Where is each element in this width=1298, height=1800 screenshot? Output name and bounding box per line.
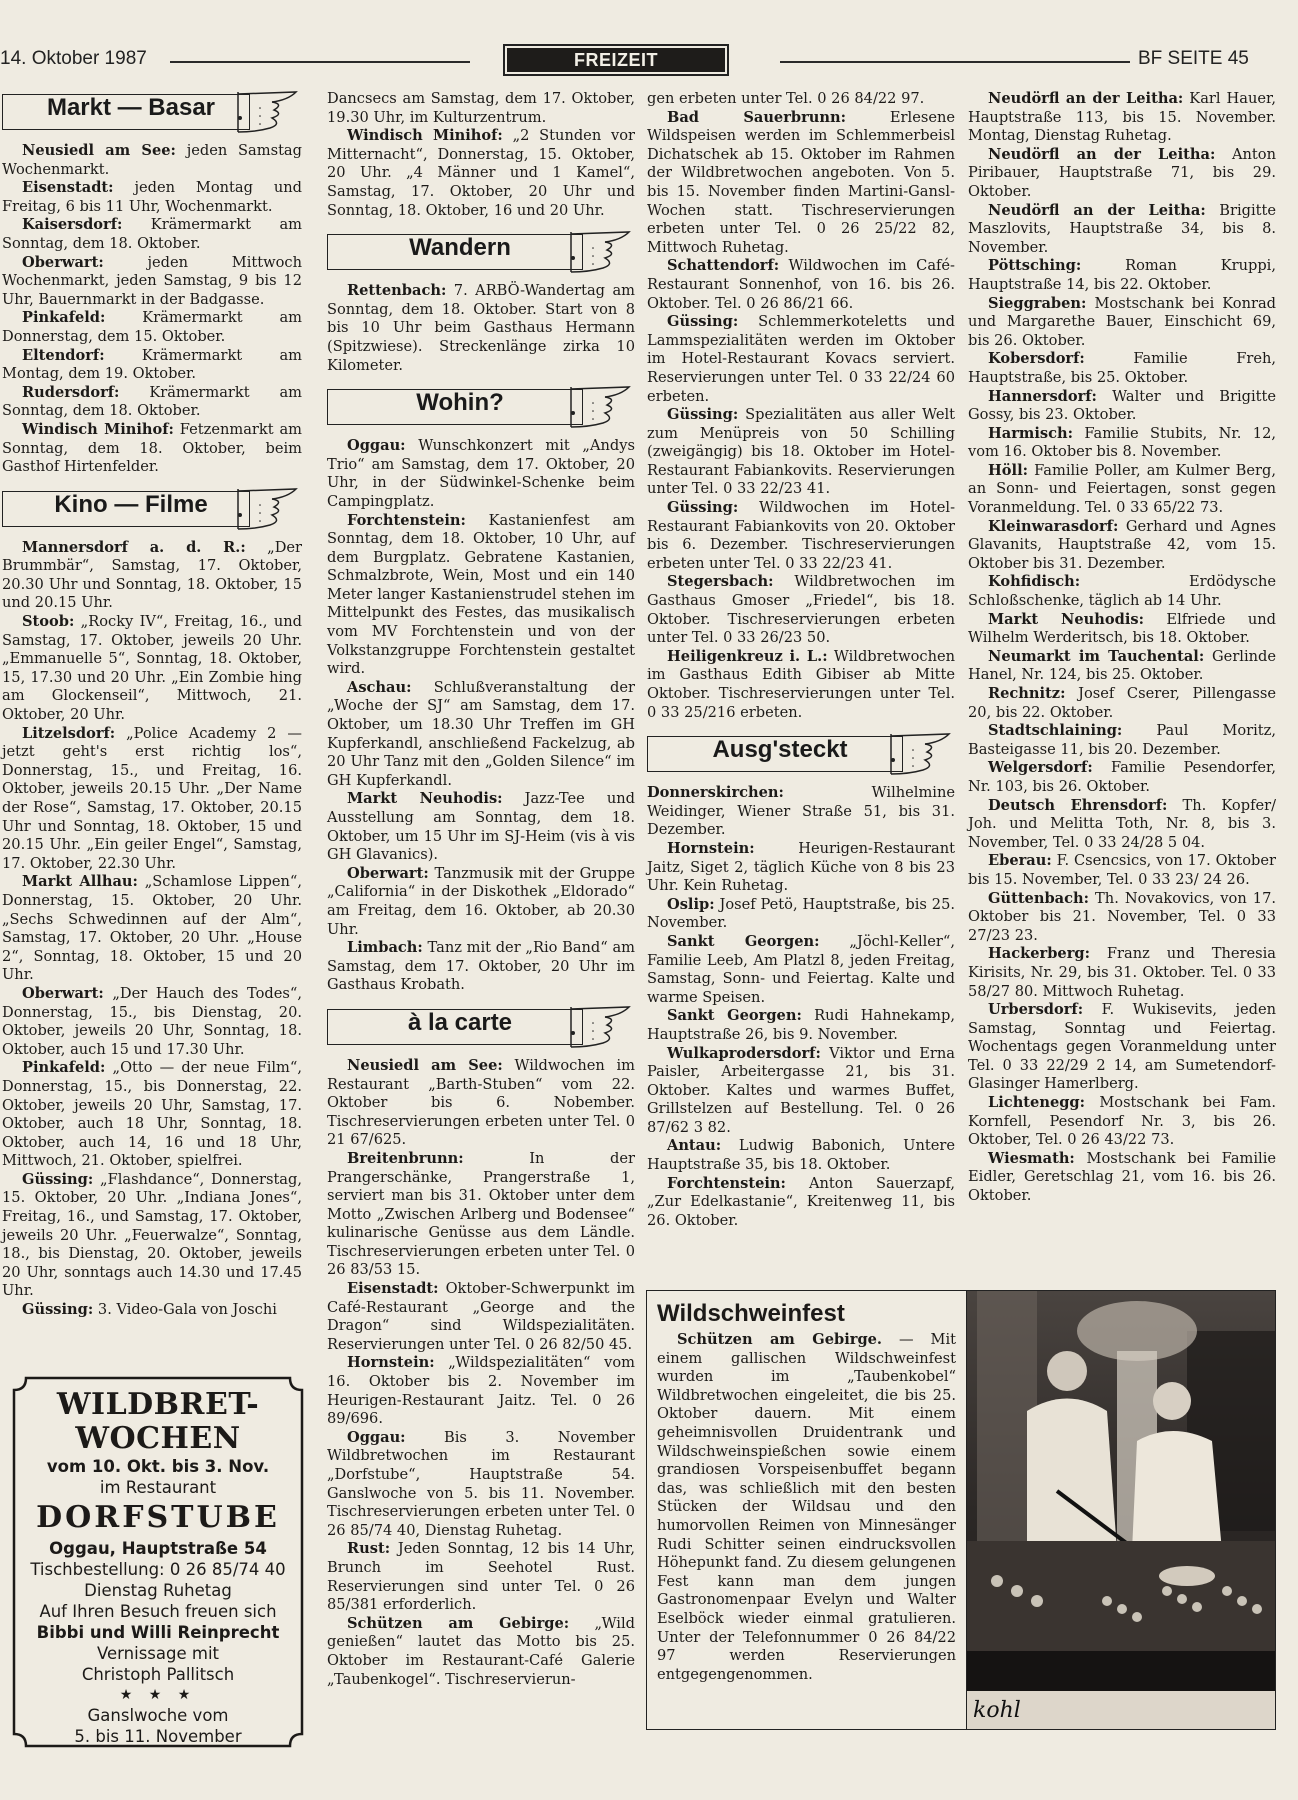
ad-hosts: Bibbi und Willi Reinprecht xyxy=(12,1622,304,1643)
list-item: Schattendorf: Wildwochen im Café-Restaur… xyxy=(647,257,955,313)
list-item: Stadtschlaining: Paul Moritz, Basteigass… xyxy=(968,722,1276,759)
list-item: Windisch Minihof: Fetzenmarkt am Sonntag… xyxy=(2,421,302,477)
list-item: Oberwart: jeden Mittwoch Wochenmarkt, je… xyxy=(2,254,302,310)
list-item: Antau: Ludwig Babonich, Untere Hauptstra… xyxy=(647,1137,955,1174)
section-title: Wohin? xyxy=(333,387,587,419)
list-item: Rust: Jeden Sonntag, 12 bis 14 Uhr, Brun… xyxy=(327,1540,635,1614)
list-item: Stegersbach: Wildbretwochen im Gasthaus … xyxy=(647,573,955,647)
list-item: Markt Neuhodis: Jazz-Tee und Ausstellung… xyxy=(327,790,635,864)
column-2: Dancsecs am Samstag, dem 17. Oktober, 19… xyxy=(327,90,635,1689)
list-item: Windisch Minihof: „2 Stunden vor Mittern… xyxy=(327,127,635,220)
list-item: Stoob: „Rocky IV“, Freitag, 16., und Sam… xyxy=(2,613,302,725)
list-item: Güssing: Schlemmerkoteletts und Lammspez… xyxy=(647,313,955,406)
pointing-hand-icon xyxy=(569,385,635,429)
list-item: Breitenbrunn: In der Prangerschänke, Pra… xyxy=(327,1150,635,1280)
list-item: Litzelsdorf: „Police Academy 2 — jetzt g… xyxy=(2,725,302,874)
section-label-text: FREIZEIT xyxy=(507,48,725,72)
section-heading-kino-filme: Kino — Filme xyxy=(2,487,302,531)
list-item: Güttenbach: Th. Novakovics, von 17. Okto… xyxy=(968,890,1276,946)
list-item: Neudörfl an der Leitha: Anton Piribauer,… xyxy=(968,146,1276,202)
ad-headline: WOCHEN xyxy=(12,1422,304,1456)
list-item: Kohfidisch: Erdödysche Schloßschenke, tä… xyxy=(968,573,1276,610)
markt-basar-list: Neusiedl am See: jeden Samstag Wochenmar… xyxy=(2,142,302,477)
rule-divider xyxy=(780,61,1130,63)
ad-text: Vernissage mit xyxy=(12,1643,304,1664)
section-title: Wandern xyxy=(333,232,587,264)
list-item: Schützen am Gebirge: „Wild genießen“ lau… xyxy=(327,1615,635,1689)
list-item: Forchtenstein: Anton Sauerzapf, „Zur Ede… xyxy=(647,1175,955,1231)
star-divider-icon: ★ ★ ★ xyxy=(12,1685,304,1705)
advertisement-dorfstube: WILDBRET- WOCHEN vom 10. Okt. bis 3. Nov… xyxy=(12,1376,304,1748)
section-heading-a-la-carte: à la carte xyxy=(327,1005,635,1049)
page-number: BF SEITE 45 xyxy=(1138,48,1249,70)
list-item: Hannersdorf: Walter und Brigitte Gossy, … xyxy=(968,388,1276,425)
list-item: Kleinwarasdorf: Gerhard und Agnes Glavan… xyxy=(968,518,1276,574)
list-item: Neudörfl an der Leitha: Karl Hauer, Haup… xyxy=(968,90,1276,146)
list-item: Sankt Georgen: Rudi Hahnekamp, Hauptstra… xyxy=(647,1007,955,1044)
list-item: Sankt Georgen: „Jöchl-Keller“, Familie L… xyxy=(647,933,955,1007)
ad-text: Auf Ihren Besuch freuen sich xyxy=(12,1601,304,1622)
ad-text: 5. bis 11. November xyxy=(12,1726,304,1747)
list-item: Markt Neuhodis: Elfriede und Wilhelm Wer… xyxy=(968,611,1276,648)
section-heading-markt-basar: Markt — Basar xyxy=(2,90,302,134)
section-heading-ausgsteckt: Ausg'steckt xyxy=(647,732,955,776)
list-item: Rechnitz: Josef Cserer, Pillengasse 20, … xyxy=(968,685,1276,722)
list-item: Hackerberg: Franz und Theresia Kirisits,… xyxy=(968,945,1276,1001)
list-item: Oberwart: „Der Hauch des Todes“, Donners… xyxy=(2,985,302,1059)
pointing-hand-icon xyxy=(889,732,955,776)
list-item: Kobersdorf: Familie Freh, Hauptstraße, b… xyxy=(968,350,1276,387)
section-heading-wandern: Wandern xyxy=(327,230,635,274)
list-item: Eisenstadt: Oktober-Schwerpunkt im Café-… xyxy=(327,1280,635,1354)
list-item: Pinkafeld: Krämermarkt am Donnerstag, de… xyxy=(2,309,302,346)
list-item: Güssing: Wildwochen im Hotel-Restaurant … xyxy=(647,499,955,573)
list-item: Oggau: Bis 3. November Wildbretwochen im… xyxy=(327,1429,635,1541)
article-body: Schützen am Gebirge. — Mit einem gallisc… xyxy=(657,1331,956,1684)
kino-filme-list: Mannersdorf a. d. R.: „Der Brummbär“, Sa… xyxy=(2,539,302,1320)
list-item: Bad Sauerbrunn: Erlesene Wildspeisen wer… xyxy=(647,109,955,258)
list-item-continuation: gen erbeten unter Tel. 0 26 84/22 97. xyxy=(647,90,955,109)
article-lead: Schützen am Gebirge. xyxy=(677,1331,882,1348)
feature-article-wildschweinfest: Wildschweinfest Schützen am Gebirge. — M… xyxy=(646,1290,966,1730)
section-title: Markt — Basar xyxy=(8,92,254,124)
issue-date: 14. Oktober 1987 xyxy=(0,48,147,70)
list-item: Güssing: Spezialitäten aus aller Welt zu… xyxy=(647,406,955,499)
list-item: Oslip: Josef Petö, Hauptstraße, bis 25. … xyxy=(647,896,955,933)
list-item: Markt Allhau: „Schamlose Lippen“, Donner… xyxy=(2,873,302,985)
list-item: Heiligenkreuz i. L.: Wildbretwochen im G… xyxy=(647,648,955,722)
ad-text: im Restaurant xyxy=(12,1477,304,1498)
pointing-hand-icon xyxy=(236,90,302,134)
ad-headline: WILDBRET- xyxy=(12,1388,304,1422)
list-item: Aschau: Schlußveranstaltung der „Woche d… xyxy=(327,679,635,791)
list-item: Donnerskirchen: Wilhelmine Weidinger, Wi… xyxy=(647,784,955,840)
list-item-continuation: Dancsecs am Samstag, dem 17. Oktober, 19… xyxy=(327,90,635,127)
article-headline: Wildschweinfest xyxy=(657,1299,956,1329)
column-3: gen erbeten unter Tel. 0 26 84/22 97. Ba… xyxy=(647,90,955,1230)
ad-phone: Tischbestellung: 0 26 85/74 40 xyxy=(12,1559,304,1580)
ad-address: Oggau, Hauptstraße 54 xyxy=(12,1538,304,1559)
list-item: Rettenbach: 7. ARBÖ-Wandertag am Sonntag… xyxy=(327,282,635,375)
list-item: Höll: Familie Poller, am Kulmer Berg, an… xyxy=(968,462,1276,518)
list-item: Harmisch: Familie Stubits, Nr. 12, vom 1… xyxy=(968,425,1276,462)
list-item: Lichtenegg: Mostschank bei Fam. Kornfell… xyxy=(968,1094,1276,1150)
list-item: Güssing: 3. Video-Gala von Joschi xyxy=(2,1301,302,1320)
list-item: Güssing: „Flashdance“, Donnerstag, 15. O… xyxy=(2,1171,302,1301)
ad-dates: vom 10. Okt. bis 3. Nov. xyxy=(12,1456,304,1477)
ad-closed-day: Dienstag Ruhetag xyxy=(12,1580,304,1601)
section-title: Kino — Filme xyxy=(8,489,254,521)
list-item: Pöttsching: Roman Kruppi, Hauptstraße 14… xyxy=(968,257,1276,294)
pointing-hand-icon xyxy=(236,487,302,531)
masthead: 14. Oktober 1987 FREIZEIT BF SEITE 45 xyxy=(0,44,1298,76)
list-item: Kaisersdorf: Krämermarkt am Sonntag, dem… xyxy=(2,216,302,253)
list-item: Hornstein: Heurigen-Restaurant Jaitz, Si… xyxy=(647,840,955,896)
list-item: Neusiedl am See: Wildwochen im Restauran… xyxy=(327,1057,635,1150)
list-item: Forchtenstein: Kastanienfest am Sonntag,… xyxy=(327,512,635,679)
photo-chefs-buffet-icon xyxy=(967,1291,1276,1730)
ad-restaurant-name: DORFSTUBE xyxy=(12,1498,304,1538)
section-title: à la carte xyxy=(333,1007,587,1039)
list-item: Eltendorf: Krämermarkt am Montag, dem 19… xyxy=(2,347,302,384)
list-item: Mannersdorf a. d. R.: „Der Brummbär“, Sa… xyxy=(2,539,302,613)
article-photo: kohl xyxy=(966,1290,1276,1730)
rule-divider xyxy=(170,61,470,63)
list-item: Neudörfl an der Leitha: Brigitte Maszlov… xyxy=(968,202,1276,258)
list-item: Wulkaprodersdorf: Viktor und Erna Paisle… xyxy=(647,1045,955,1138)
list-item: Oggau: Wunschkonzert mit „Andys Trio“ am… xyxy=(327,437,635,511)
section-title: Ausg'steckt xyxy=(653,734,907,766)
list-item: Deutsch Ehrensdorf: Th. Kopfer/ Joh. und… xyxy=(968,797,1276,853)
pointing-hand-icon xyxy=(569,1005,635,1049)
list-item: Neusiedl am See: jeden Samstag Wochenmar… xyxy=(2,142,302,179)
column-4: Neudörfl an der Leitha: Karl Hauer, Haup… xyxy=(968,90,1276,1206)
pointing-hand-icon xyxy=(569,230,635,274)
list-item: Pinkafeld: „Otto — der neue Film“, Donne… xyxy=(2,1059,302,1171)
list-item: Rudersdorf: Krämermarkt am Sonntag, dem … xyxy=(2,384,302,421)
section-label: FREIZEIT xyxy=(503,44,729,76)
list-item: Oberwart: Tanzmusik mit der Gruppe „Cali… xyxy=(327,865,635,939)
list-item: Hornstein: „Wildspezialitäten“ vom 16. O… xyxy=(327,1354,635,1428)
list-item: Limbach: Tanz mit der „Rio Band“ am Sams… xyxy=(327,939,635,995)
list-item: Eisenstadt: jeden Montag und Freitag, 6 … xyxy=(2,179,302,216)
photo-credit: kohl xyxy=(973,1698,1021,1723)
list-item: Sieggraben: Mostschank bei Konrad und Ma… xyxy=(968,295,1276,351)
column-1: Markt — Basar Neusiedl am See: jeden Sam… xyxy=(2,90,302,1320)
list-item: Neumarkt im Tauchental: Gerlinde Hanel, … xyxy=(968,648,1276,685)
ad-text: Ganslwoche vom xyxy=(12,1705,304,1726)
list-item: Wiesmath: Mostschank bei Familie Eidler,… xyxy=(968,1150,1276,1206)
list-item: Eberau: F. Csencsics, von 17. Oktober bi… xyxy=(968,852,1276,889)
ad-text: Christoph Pallitsch xyxy=(12,1664,304,1685)
list-item: Welgersdorf: Familie Pesendorfer, Nr. 10… xyxy=(968,759,1276,796)
list-item: Urbersdorf: F. Wukisevits, jeden Samstag… xyxy=(968,1001,1276,1094)
section-heading-wohin: Wohin? xyxy=(327,385,635,429)
